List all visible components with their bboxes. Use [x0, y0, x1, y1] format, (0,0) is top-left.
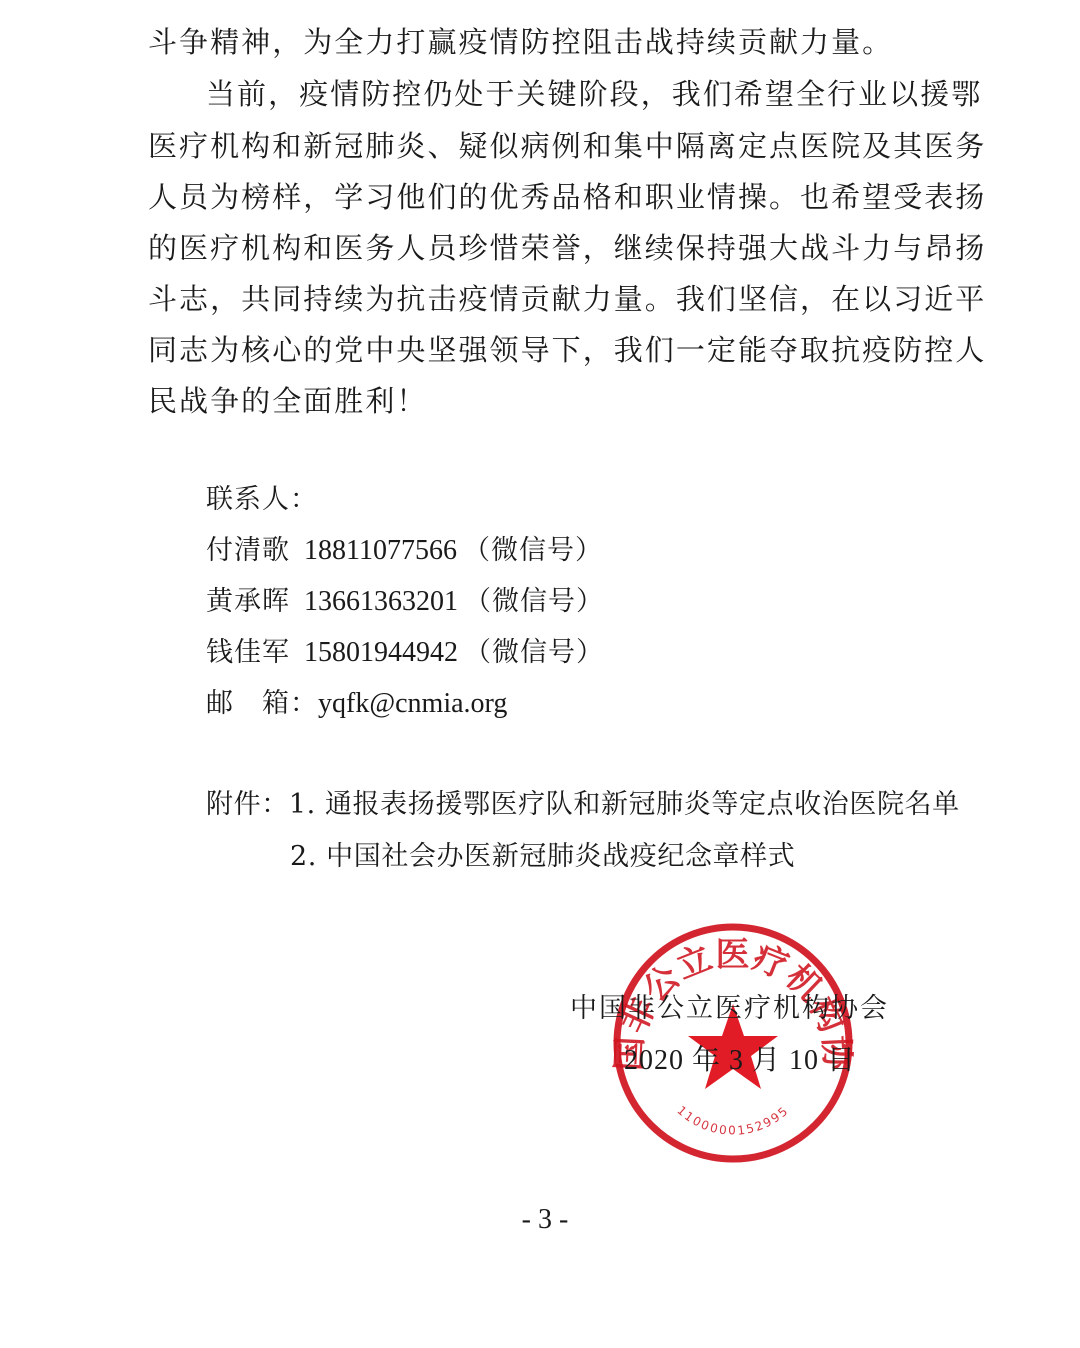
contact-note: （微信号） [464, 586, 604, 617]
body-line-4: 人员为榜样，学习他们的优秀品格和职业情操。也希望受表扬 [148, 177, 938, 217]
seal-code-text: 1100000152995 [674, 1103, 791, 1138]
email-label: 邮 箱： [206, 688, 318, 719]
body-line-3: 医疗机构和新冠肺炎、疑似病例和集中隔离定点医院及其医务 [148, 126, 938, 166]
contact-note: （微信号） [464, 637, 604, 668]
contact-row: 钱佳军15801944942（微信号） [206, 634, 604, 672]
contact-phone: 15801944942 [304, 637, 458, 668]
body-line-5: 的医疗机构和医务人员珍惜荣誉，继续保持强大战斗力与昂扬 [148, 228, 938, 268]
body-line-7: 同志为核心的党中央坚强领导下，我们一定能夺取抗疫防控人 [148, 330, 938, 370]
attachments-label: 附件： [206, 789, 289, 820]
attachment-item-2: 2. 中国社会办医新冠肺炎战疫纪念章样式 [290, 838, 795, 876]
contact-row: 付清歌18811077566（微信号） [206, 532, 603, 570]
contact-name: 黄承晖 [206, 586, 290, 617]
body-line-1: 斗争精神，为全力打赢疫情防控阻击战持续贡献力量。 [148, 22, 938, 62]
contacts-heading: 联系人： [206, 481, 318, 519]
attachments-row: 附件：1. 通报表扬援鄂医疗队和新冠肺炎等定点收治医院名单 [206, 786, 960, 824]
signature-organization: 中国非公立医疗机构协会 [570, 990, 889, 1028]
signature-date: 2020 年 3 月 10 日 [624, 1042, 856, 1080]
body-paragraph-start: 当前，疫情防控仍处于关键阶段，我们希望全行业以援鄂 [206, 74, 936, 114]
body-line-8: 民战争的全面胜利！ [148, 381, 938, 421]
email-row: 邮 箱：yqfk@cnmia.org [206, 685, 507, 723]
page-number: - 3 - [0, 1204, 1080, 1236]
body-line-6: 斗志，共同持续为抗击疫情贡献力量。我们坚信，在以习近平 [148, 279, 938, 319]
contact-phone: 13661363201 [304, 586, 458, 617]
contact-note: （微信号） [463, 535, 603, 566]
contact-name: 钱佳军 [206, 637, 290, 668]
contact-row: 黄承晖13661363201（微信号） [206, 583, 604, 621]
contact-phone: 18811077566 [304, 535, 457, 566]
attachment-item-1: 1. 通报表扬援鄂医疗队和新冠肺炎等定点收治医院名单 [289, 789, 960, 820]
email-link[interactable]: yqfk@cnmia.org [318, 688, 507, 719]
contact-name: 付清歌 [206, 535, 290, 566]
